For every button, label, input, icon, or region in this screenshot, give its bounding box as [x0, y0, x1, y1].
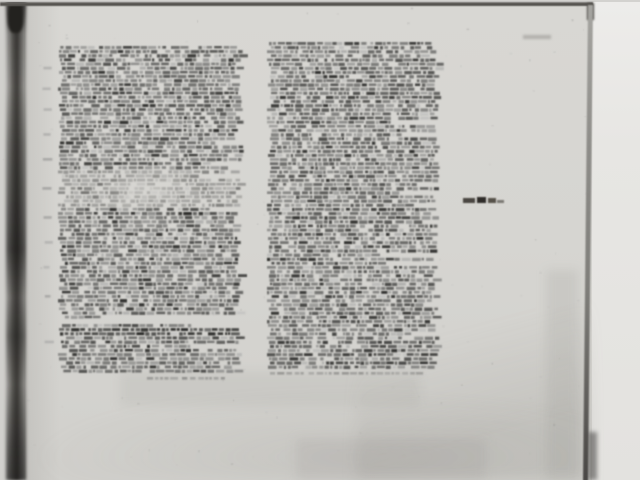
book-photo	[0, 0, 640, 480]
left-text-column	[42, 44, 248, 392]
top-right-faint-mark	[523, 35, 551, 39]
right-margin-ink-note	[460, 194, 510, 208]
faded-ink-patch	[95, 166, 200, 214]
margin-note-stroke	[477, 197, 486, 203]
margin-note-stroke	[463, 198, 475, 203]
stain-bottom-center	[296, 438, 486, 480]
stain-streak	[546, 270, 578, 480]
gutter-top-blob	[8, 3, 23, 33]
top-page-edge	[0, 2, 593, 6]
margin-note-stroke	[488, 198, 496, 203]
fore-edge-bottom-shadow	[588, 432, 597, 480]
margin-note-stroke	[497, 200, 504, 203]
gutter-shadow-variation	[6, 0, 26, 480]
